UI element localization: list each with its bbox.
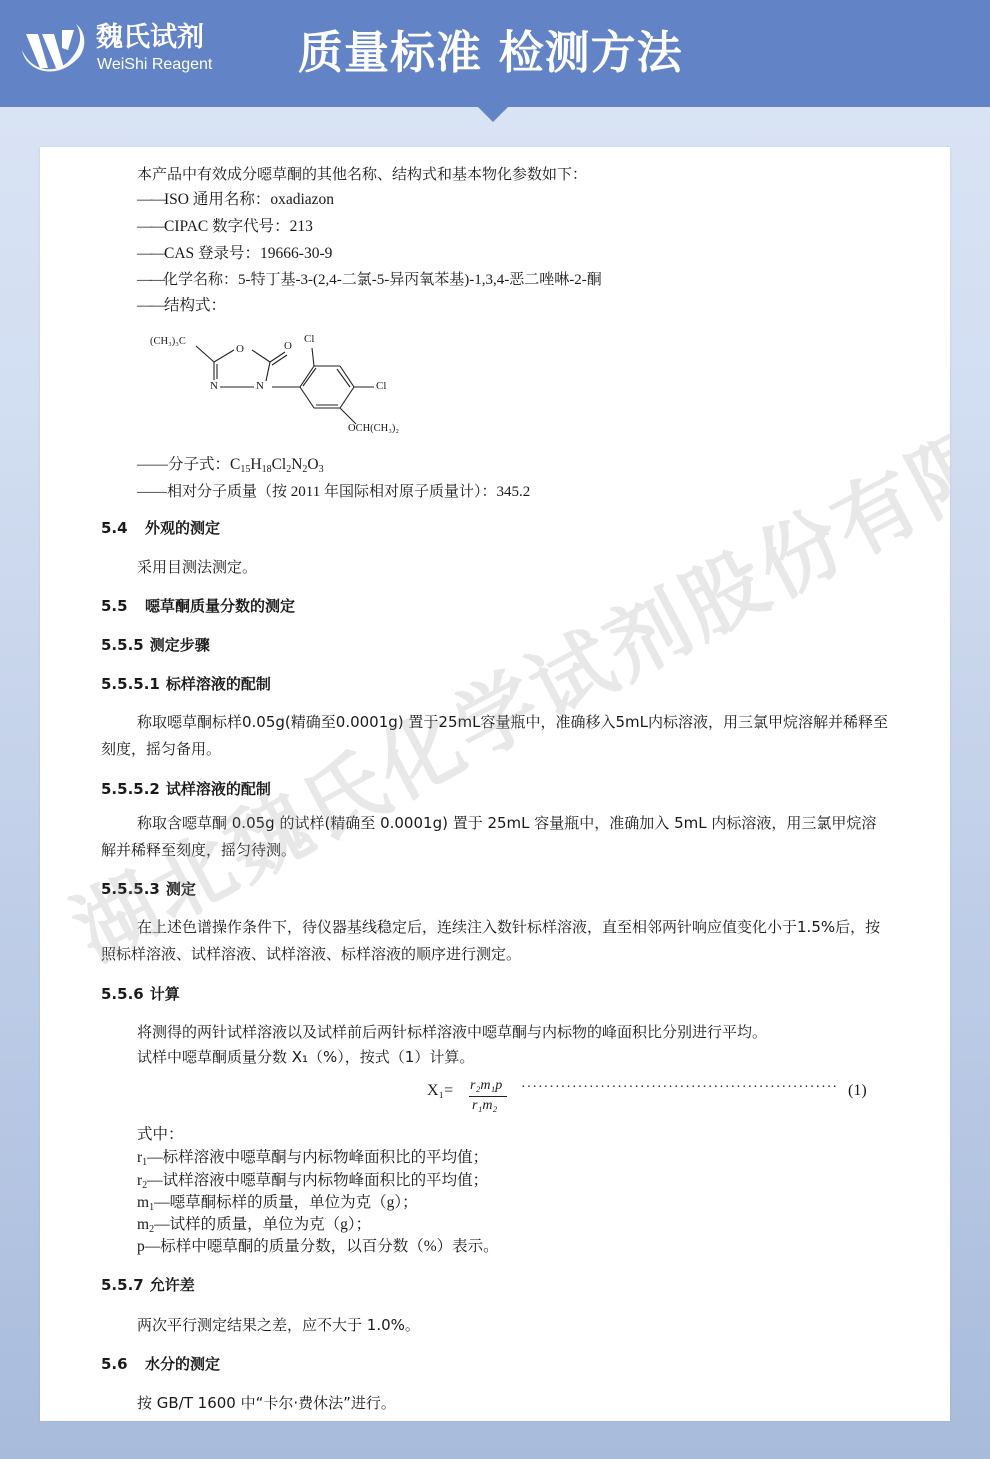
- chlorine-label-right: Cl: [376, 380, 386, 392]
- section-number: 5.5.5: [101, 634, 144, 656]
- carbonyl-oxygen-label: O: [284, 340, 292, 352]
- section-heading-5-5-5-2: 5.5.5.2试样溶液的配制: [101, 778, 271, 800]
- section-heading-5-5-7: 5.5.7允许差: [101, 1274, 195, 1296]
- molecular-formula-label: ——分子式：: [137, 456, 230, 473]
- section-body-5-5-7: 两次平行测定结果之差，应不大于 1.0%。: [101, 1312, 891, 1339]
- variable-symbol: m: [137, 1216, 149, 1233]
- section-number: 5.4: [101, 517, 145, 539]
- molecular-mass: ——相对分子质量（按 2011 年国际相对原子质量计）：345.2: [137, 481, 530, 503]
- variable-definition: m1—噁草酮标样的质量，单位为克（g）；: [137, 1192, 418, 1214]
- structural-formula: (CH₃)₃C O O N N Cl Cl OCH(CH₃)₂: [148, 328, 448, 440]
- isopropoxy-label: OCH(CH₃)₂: [348, 423, 399, 434]
- weishi-logo-icon: [18, 20, 90, 82]
- variable-definition: p—标样中噁草酮的质量分数，以百分数（%）表示。: [137, 1236, 499, 1258]
- variable-definition: m2—试样的质量，单位为克（g）；: [137, 1214, 371, 1236]
- where-label: 式中：: [137, 1124, 184, 1146]
- section-number: 5.5.5.1: [101, 673, 160, 695]
- molecular-formula: ——分子式：C15H18Cl2N2O3: [137, 454, 324, 476]
- variable-description: —试样的质量，单位为克（g）；: [154, 1216, 371, 1233]
- nitrogen-label-2: N: [256, 380, 264, 392]
- section-title: 测定: [166, 880, 196, 898]
- section-number: 5.5.7: [101, 1274, 144, 1296]
- variable-description: —试样溶液中噁草酮与内标物峰面积比的平均值；: [147, 1172, 488, 1189]
- formula-element: N: [291, 456, 302, 473]
- formula-element: H: [250, 456, 261, 473]
- chlorine-label-top: Cl: [304, 333, 314, 345]
- nitrogen-label-1: N: [210, 380, 218, 392]
- section-number: 5.5.5.2: [101, 778, 160, 800]
- section-number: 5.5.6: [101, 983, 144, 1005]
- section-body-5-5-5-1: 称取噁草酮标样0.05g(精确至0.0001g) 置于25mL容量瓶中，准确移入…: [101, 709, 891, 762]
- formula-subscript: 18: [262, 464, 272, 475]
- formula-element: O: [307, 456, 318, 473]
- variable-description: —标样中噁草酮的质量分数，以百分数（%）表示。: [145, 1238, 499, 1255]
- page-header: 魏氏试剂 WeiShi Reagent 质量标准 检测方法: [0, 0, 990, 107]
- variable-description: —噁草酮标样的质量，单位为克（g）；: [154, 1194, 418, 1211]
- header-pointer-arrow: [478, 107, 508, 122]
- fraction-bar: [469, 1096, 507, 1097]
- variable-definition: r1—标样溶液中噁草酮与内标物峰面积比的平均值；: [137, 1147, 488, 1169]
- section-heading-5-5-5-3: 5.5.5.3测定: [101, 878, 196, 900]
- section-number: 5.6: [101, 1353, 145, 1375]
- section-heading-5-5-5: 5.5.5测定步骤: [101, 634, 210, 656]
- intro-item-text: CAS 登录号：19666-30-9: [164, 245, 332, 262]
- section-title: 允许差: [150, 1276, 195, 1294]
- variable-description: —标样溶液中噁草酮与内标物峰面积比的平均值；: [147, 1149, 488, 1166]
- variable-definition: r2—试样溶液中噁草酮与内标物峰面积比的平均值；: [137, 1170, 488, 1192]
- variable-symbol: m: [137, 1194, 149, 1211]
- section-body-5-5-5-2: 称取含噁草酮 0.05g 的试样(精确至 0.0001g) 置于 25mL 容量…: [101, 810, 891, 863]
- calc-description-1: 将测得的两针试样溶液以及试样前后两针标样溶液中噁草酮与内标物的峰面积比分别进行平…: [137, 1021, 767, 1043]
- section-heading-5-5: 5.5噁草酮质量分数的测定: [101, 595, 295, 617]
- section-title: 水分的测定: [145, 1355, 220, 1373]
- intro-lead: 本产品中有效成分噁草酮的其他名称、结构式和基本物化参数如下：: [137, 163, 587, 185]
- section-title: 计算: [150, 985, 180, 1003]
- formula-numerator: r₂m₁p: [470, 1078, 502, 1094]
- formula-leader-dots: ········································…: [521, 1080, 839, 1096]
- formula-denominator: r₁m₂: [472, 1098, 497, 1114]
- equation-number: (1): [848, 1082, 867, 1100]
- formula-subscript: 15: [240, 464, 250, 475]
- section-heading-5-6: 5.6水分的测定: [101, 1353, 220, 1375]
- formula-element: Cl: [272, 456, 287, 473]
- em-dash: ——: [137, 245, 164, 262]
- brand-name-cn: 魏氏试剂: [96, 22, 204, 54]
- formula-subscript: 3: [319, 464, 324, 475]
- section-heading-5-5-5-1: 5.5.5.1标样溶液的配制: [101, 673, 271, 695]
- intro-item-text: ISO 通用名称：oxadiazon: [164, 191, 334, 208]
- section-title: 标样溶液的配制: [166, 675, 271, 693]
- intro-item-text: 化学名称：5-特丁基-3-(2,4-二氯-5-异丙氧苯基)-1,3,4-恶二唑啉…: [163, 272, 602, 288]
- section-title: 测定步骤: [150, 636, 210, 654]
- intro-item-structure: ——结构式：: [137, 295, 226, 317]
- intro-item-chemical-name: ——化学名称：5-特丁基-3-(2,4-二氯-5-异丙氧苯基)-1,3,4-恶二…: [137, 269, 602, 291]
- brand-logo: 魏氏试剂 WeiShi Reagent: [18, 20, 218, 82]
- intro-item-text: 结构式：: [164, 297, 226, 314]
- brand-name-en: WeiShi Reagent: [97, 55, 212, 75]
- section-body-5-5-5-3: 在上述色谱操作条件下，待仪器基线稳定后，连续注入数针标样溶液，直至相邻两针响应值…: [101, 914, 891, 967]
- page-title: 质量标准 检测方法: [298, 24, 683, 82]
- formula-lhs: X₁=: [427, 1082, 453, 1100]
- formula-element: C: [230, 456, 240, 473]
- calc-description-2: 试样中噁草酮质量分数 X₁（%），按式（1）计算。: [137, 1046, 474, 1068]
- section-title: 噁草酮质量分数的测定: [145, 597, 295, 615]
- em-dash: ——: [137, 191, 164, 208]
- ring-oxygen-label: O: [236, 343, 244, 355]
- section-body-5-6: 按 GB/T 1600 中“卡尔·费休法”进行。: [101, 1390, 891, 1417]
- section-body-5-4: 采用目测法测定。: [101, 554, 891, 581]
- intro-item-text: CIPAC 数字代号：213: [164, 218, 313, 235]
- tert-butyl-label: (CH₃)₃C: [150, 336, 186, 347]
- em-dash: ——: [137, 218, 164, 235]
- section-heading-5-5-6: 5.5.6计算: [101, 983, 180, 1005]
- intro-item-cipac: ——CIPAC 数字代号：213: [137, 216, 313, 238]
- section-title: 外观的测定: [145, 519, 220, 537]
- em-dash: ——: [137, 297, 164, 314]
- em-dash: ——: [137, 272, 163, 288]
- section-number: 5.5.5.3: [101, 878, 160, 900]
- calculation-formula: X₁= r₂m₁p r₁m₂ ·························…: [425, 1078, 875, 1118]
- section-number: 5.5: [101, 595, 145, 617]
- section-title: 试样溶液的配制: [166, 780, 271, 798]
- section-heading-5-4: 5.4外观的测定: [101, 517, 220, 539]
- variable-symbol: p: [137, 1238, 145, 1255]
- oxadiazon-structure-diagram: [148, 328, 448, 440]
- intro-item-cas: ——CAS 登录号：19666-30-9: [137, 243, 332, 265]
- intro-item-iso: ——ISO 通用名称：oxadiazon: [137, 189, 334, 211]
